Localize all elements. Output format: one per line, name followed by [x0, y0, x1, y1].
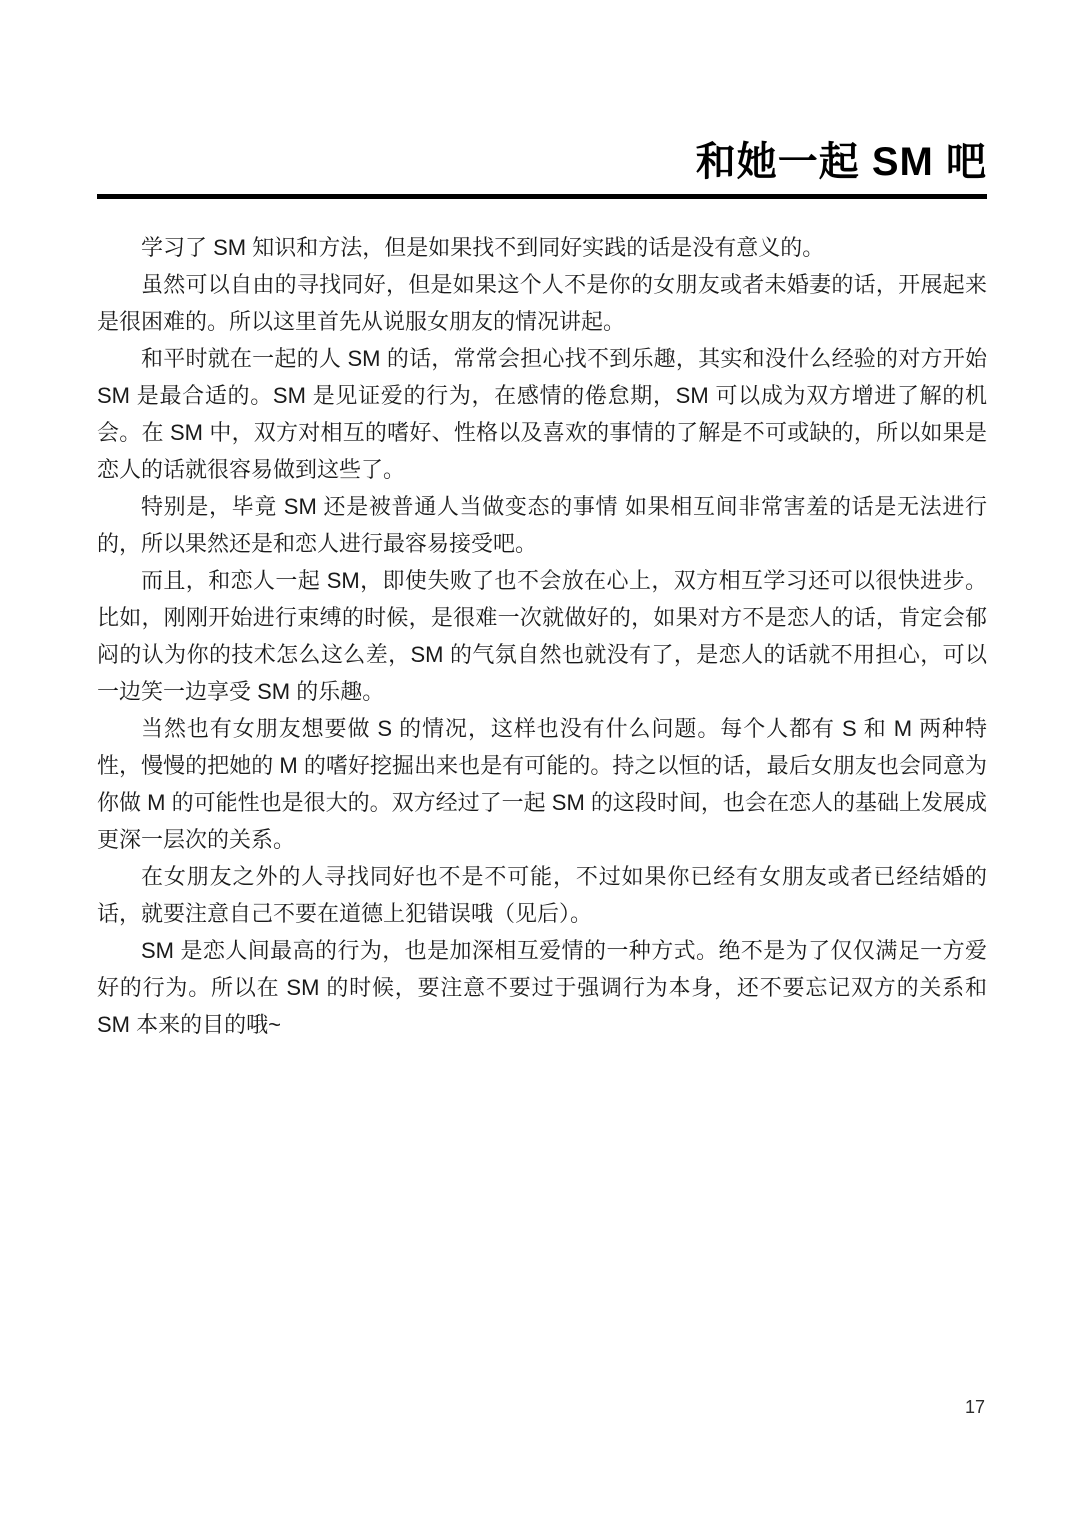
content-column: 和她一起 SM 吧 学习了 SM 知识和方法，但是如果找不到同好实践的话是没有意…: [97, 0, 987, 1043]
paragraph: 在女朋友之外的人寻找同好也不是不可能，不过如果你已经有女朋友或者已经结婚的话，就…: [97, 858, 987, 932]
page-header: 和她一起 SM 吧: [97, 138, 987, 199]
body-text: 学习了 SM 知识和方法，但是如果找不到同好实践的话是没有意义的。虽然可以自由的…: [97, 229, 987, 1043]
paragraph: 虽然可以自由的寻找同好，但是如果这个人不是你的女朋友或者未婚妻的话，开展起来是很…: [97, 266, 987, 340]
paragraph: 和平时就在一起的人 SM 的话，常常会担心找不到乐趣，其实和没什么经验的对方开始…: [97, 340, 987, 488]
paragraph: 当然也有女朋友想要做 S 的情况，这样也没有什么问题。每个人都有 S 和 M 两…: [97, 710, 987, 858]
page-title: 和她一起 SM 吧: [696, 140, 987, 184]
paragraph: 学习了 SM 知识和方法，但是如果找不到同好实践的话是没有意义的。: [97, 229, 987, 266]
paragraph: 特别是，毕竟 SM 还是被普通人当做变态的事情 如果相互间非常害羞的话是无法进行…: [97, 488, 987, 562]
paragraph: SM 是恋人间最高的行为，也是加深相互爱情的一种方式。绝不是为了仅仅满足一方爱好…: [97, 932, 987, 1043]
page-number: 17: [965, 1397, 985, 1417]
paragraph: 而且，和恋人一起 SM，即使失败了也不会放在心上，双方相互学习还可以很快进步。比…: [97, 562, 987, 710]
document-page: 和她一起 SM 吧 学习了 SM 知识和方法，但是如果找不到同好实践的话是没有意…: [0, 0, 1080, 1527]
